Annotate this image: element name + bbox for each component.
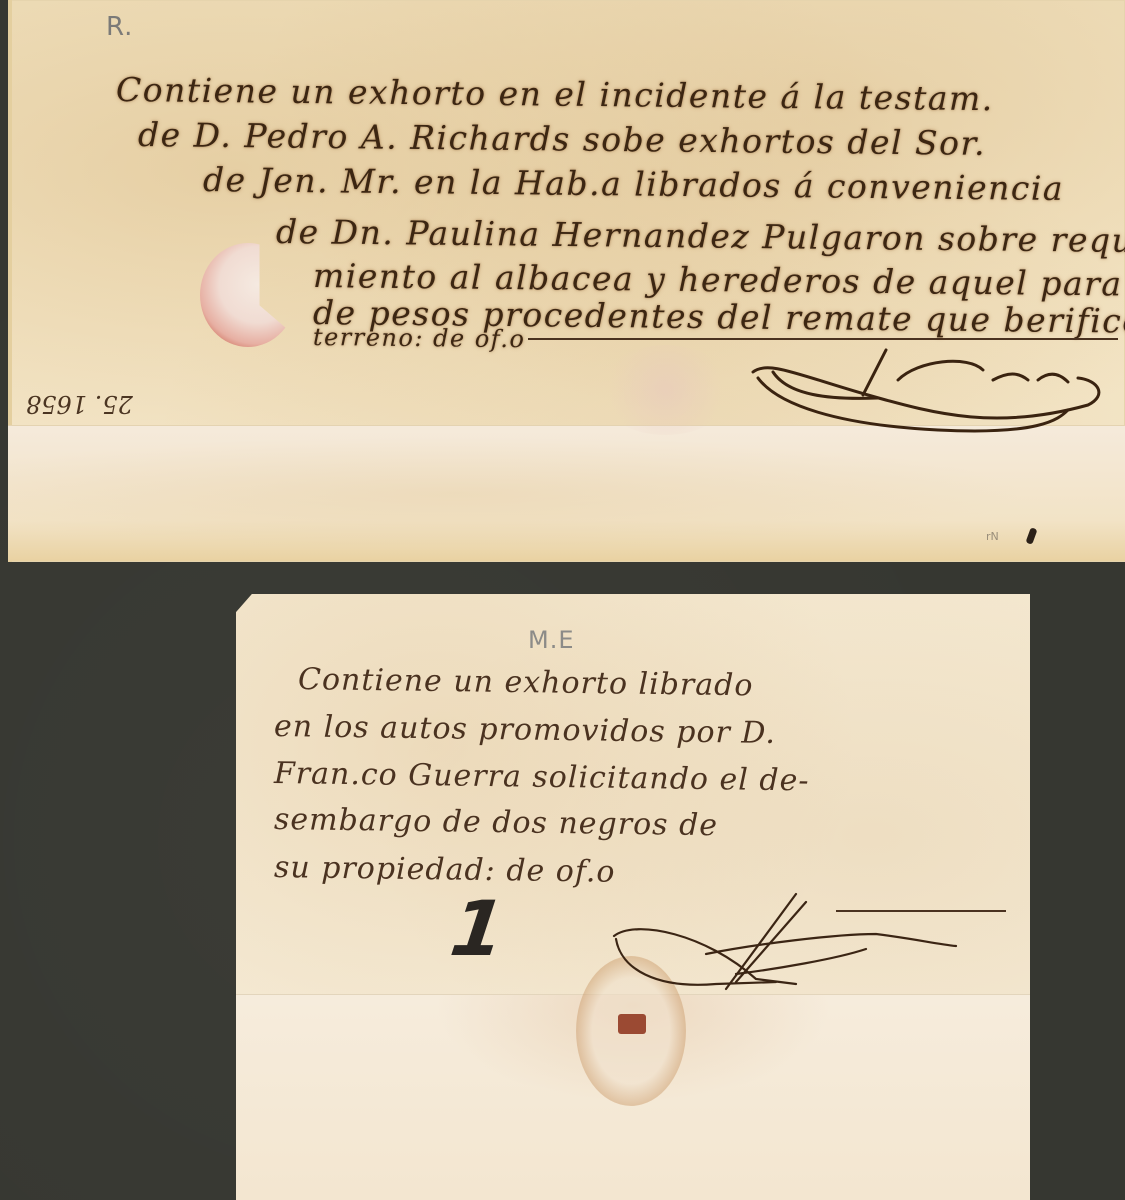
letter-top: R. Contiene un exhorto en el incidente á… — [8, 0, 1125, 562]
margin-mark: rN — [986, 530, 999, 543]
docket-number: 25. 1658 — [26, 390, 133, 418]
letter-bottom: M.E Contiene un exhorto librado en los a… — [236, 594, 1030, 1200]
